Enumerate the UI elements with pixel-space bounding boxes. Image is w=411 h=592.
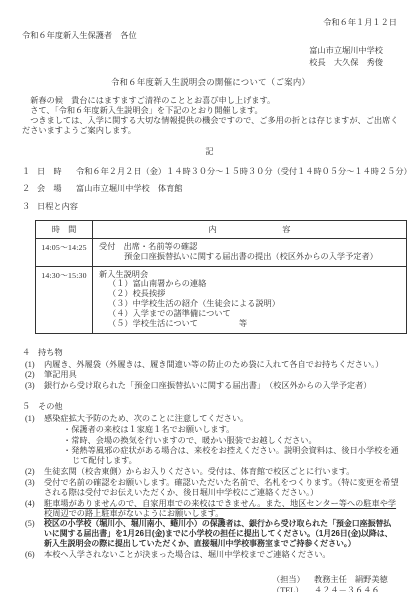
list-item: (1) 感染症拡大予防のため、次のことに注意してください。: [25, 414, 399, 424]
item-text: 筆記用具: [44, 370, 399, 380]
list-item: (1) 内履き、外履袋（外履きは、履き間違い等の防止のため袋に入れて各自でお持ち…: [25, 360, 399, 370]
table-row-briefing: 14:30～15:30 新入生説明会 （１）富山南署からの連絡 （２）校長挨拶 …: [36, 266, 407, 333]
item-number: (3): [25, 381, 44, 391]
item-number: (2): [25, 467, 44, 477]
detail-number: ３: [22, 202, 37, 212]
content-cell: 受付 出席・名前等の確認 預金口座振替払いに関する届出書の提出（校区外からの入学…: [93, 238, 407, 266]
section-number: ４: [22, 348, 38, 358]
table-header-row: 時 間 内 容: [36, 221, 407, 239]
detail-value: 富山市立堀川中学校 体育館: [76, 184, 182, 194]
detail-item-venue: ２ 会 場 富山市立堀川中学校 体育館: [22, 184, 399, 194]
item-number: (1): [25, 414, 44, 424]
content-line: （５）学校生活について 等: [108, 319, 402, 329]
greeting-line: 新春の候 貴台にはますますご清祥のこととお喜び申し上げます。: [22, 96, 399, 106]
list-item: (3) 受付で名前の確認をお願いします。確認いただいた名前で、名札をつくります。…: [25, 478, 399, 498]
content-line: 預金口座振替払いに関する届出書の提出（校区外からの入学予定者）: [124, 252, 402, 262]
list-item: (2) 筆記用具: [25, 370, 399, 380]
time-cell: 14:30～15:30: [36, 266, 93, 333]
contact-person-name: 教務主任 絹野美徳: [314, 574, 388, 585]
record-marker: 記: [22, 147, 399, 157]
contact-tel-label: （TEL）: [272, 585, 314, 592]
document-page: 令和６年１月１２日 令和６年度新入生保護者 各位 富山市立堀川中学校 校長 大久…: [0, 0, 411, 592]
section-heading: ５ その他: [22, 402, 399, 412]
item-number: (1): [25, 360, 44, 370]
item-text-bold: 校区の小学校（堀川小、堀川南小、蜷川小）の保護者は、銀行から受け取られた「預金口…: [44, 519, 399, 548]
content-cell: 新入生説明会 （１）富山南署からの連絡 （２）校長挨拶 （３）中学校生活の紹介（…: [93, 266, 407, 333]
detail-value: 令和６年２月２日（金）１４時３０分～１５時３０分（受付１４時０５分～１４時２５分…: [76, 167, 411, 177]
content-line: 受付 出席・名前等の確認: [99, 242, 402, 252]
principal-name: 校長 大久保 秀俊: [22, 57, 383, 69]
section-heading: ４ 持ち物: [22, 348, 399, 358]
issue-date: 令和６年１月１２日: [22, 18, 399, 28]
detail-number: １: [22, 167, 37, 177]
content-line: （２）校長挨拶: [108, 289, 402, 299]
item-number: (3): [25, 478, 44, 498]
list-item: (4) 駐車場がありませんので、自家用車での来校はできません。また、地区センター…: [25, 499, 399, 519]
doc-title: 令和６年度新入生説明会の開催について（ご案内）: [22, 78, 399, 88]
bullet-list: ・保護者の来校は１家庭１名でお願いします。 ・常時、会場の換気を行いますので、暖…: [63, 425, 399, 466]
time-cell: 14:05～14:25: [36, 238, 93, 266]
item-text: 内履き、外履袋（外履きは、履き間違い等の防止のため袋に入れて各自でお持ちください…: [44, 360, 399, 370]
contact-person-row: （担当） 教務主任 絹野美徳: [272, 574, 399, 585]
item-number: (5): [25, 519, 44, 548]
section-title: 持ち物: [38, 348, 63, 358]
content-line: （３）中学校生活の紹介（生徒会による説明）: [108, 299, 402, 309]
item-text: 感染症拡大予防のため、次のことに注意してください。: [44, 414, 399, 424]
bullet-item: ・保護者の来校は１家庭１名でお願いします。: [63, 425, 399, 435]
greeting-block: 新春の候 貴台にはますますご清祥のこととお喜び申し上げます。 さて、「令和６年度…: [22, 96, 399, 135]
item-text: 本校へ入学されないことが決まった場合は、堀川中学校までご連絡ください。: [44, 550, 399, 560]
bullet-item: ・発熱等風邪の症状がある場合は、来校をお控えください。説明会資料は、後日小学校を…: [63, 446, 399, 466]
item-text: 銀行から受け取られた「預金口座振替払いに関する届出書」 （校区外からの入学予定者…: [44, 381, 399, 391]
content-line: （４）入学までの諸準備について: [108, 309, 402, 319]
bullet-item: ・常時、会場の換気を行いますので、暖かい服装でお越しください。: [63, 436, 399, 446]
list-item: (5) 校区の小学校（堀川小、堀川南小、蜷川小）の保護者は、銀行から受け取られた…: [25, 519, 399, 548]
contact-block: （担当） 教務主任 絹野美徳 （TEL） ４２４－３６４６: [272, 574, 399, 592]
detail-label: 日 時: [37, 167, 70, 177]
contact-person-label: （担当）: [272, 574, 314, 585]
item-text-underlined: 駐車場がありませんので、自家用車での来校はできません。また、地区センター等への駐…: [44, 499, 399, 519]
contact-tel-row: （TEL） ４２４－３６４６: [272, 585, 399, 592]
detail-label: 日程と内容: [37, 202, 78, 212]
item-number: (6): [25, 550, 44, 560]
list-item: (2) 生徒玄関（校舎東側）からお入りください。受付は、体育館で校区ごとに行いま…: [25, 467, 399, 477]
content-line: （１）富山南署からの連絡: [108, 279, 402, 289]
section-number: ５: [22, 402, 38, 412]
detail-list: １ 日 時 令和６年２月２日（金）１４時３０分～１５時３０分（受付１４時０５分～…: [22, 167, 399, 213]
section-title: その他: [38, 402, 63, 412]
item-number: (2): [25, 370, 44, 380]
detail-item-schedule: ３ 日程と内容: [22, 202, 399, 212]
school-name: 富山市立堀川中学校: [22, 45, 383, 57]
item-text: 受付で名前の確認をお願いします。確認いただいた名前で、名札をつくります。（特に変…: [44, 478, 399, 498]
addressee: 令和６年度新入生保護者 各位: [22, 31, 399, 41]
greeting-line: さて、「令和６年度新入生説明会」を下記のとおり開催します。: [22, 106, 399, 116]
column-header-content: 内 容: [93, 221, 407, 239]
item-text: 生徒玄関（校舎東側）からお入りください。受付は、体育館で校区ごとに行います。: [44, 467, 399, 477]
column-header-time: 時 間: [36, 221, 93, 239]
detail-item-datetime: １ 日 時 令和６年２月２日（金）１４時３０分～１５時３０分（受付１４時０５分～…: [22, 167, 399, 177]
greeting-line: つきましては、入学に関する大切な情報提供の機会ですので、ご多用の折とは存じますが…: [22, 116, 399, 136]
item-number: (4): [25, 499, 44, 519]
list-item: (6) 本校へ入学されないことが決まった場合は、堀川中学校までご連絡ください。: [25, 550, 399, 560]
list-item: (3) 銀行から受け取られた「預金口座振替払いに関する届出書」 （校区外からの入…: [25, 381, 399, 391]
schedule-table: 時 間 内 容 14:05～14:25 受付 出席・名前等の確認 預金口座振替払…: [35, 220, 407, 334]
detail-label: 会 場: [37, 184, 70, 194]
sender-block: 富山市立堀川中学校 校長 大久保 秀俊: [22, 45, 399, 70]
contact-tel-number: ４２４－３６４６: [314, 585, 380, 592]
section-belongings: ４ 持ち物 (1) 内履き、外履袋（外履きは、履き間違い等の防止のため袋に入れて…: [22, 348, 399, 391]
detail-number: ２: [22, 184, 37, 194]
table-row-reception: 14:05～14:25 受付 出席・名前等の確認 預金口座振替払いに関する届出書…: [36, 238, 407, 266]
content-line: 新入生説明会: [99, 270, 402, 280]
section-other: ５ その他 (1) 感染症拡大予防のため、次のことに注意してください。 ・保護者…: [22, 402, 399, 560]
